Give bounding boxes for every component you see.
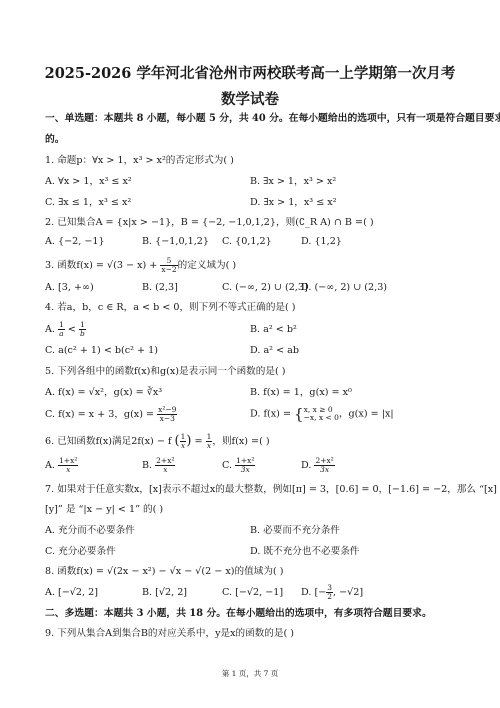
question-7-option-d: D. 既不充分也不必要条件	[250, 545, 359, 559]
question-2-option-a: A. {−2, −1}	[45, 235, 105, 249]
option-label: A.	[45, 324, 58, 335]
question-3-stem-prefix: 3. 函数f(x) = √(3 − x) +	[45, 260, 160, 271]
question-4-option-c: C. a(c² + 1) < b(c² + 1)	[45, 344, 158, 358]
question-1-option-c: C. ∃x ≤ 1，x³ ≤ x²	[45, 196, 131, 210]
question-8-stem: 8. 函数f(x) = √(2x − x²) − √x − √(2 − x)的值…	[45, 565, 283, 579]
page-subtitle: 数学试卷	[0, 91, 500, 109]
question-4-stem: 4. 若a，b，c ∈ R，a < b < 0，则下列不等式正确的是( )	[45, 301, 296, 315]
question-4-option-b: B. a² < b²	[250, 323, 297, 337]
fraction-denominator: 2	[326, 593, 333, 601]
option-label: C.	[222, 460, 235, 471]
question-3-stem-suffix: 的定义域为( )	[178, 260, 237, 271]
piecewise-cases: x, x ≥ 0−x, x < 0	[304, 406, 339, 422]
equals: =	[191, 436, 205, 447]
question-7-option-a: A. 充分而不必要条件	[45, 524, 135, 538]
fraction-denominator: x	[58, 466, 78, 474]
question-8-option-c: C. [−√2, −1]	[222, 586, 283, 600]
question-7-stem-cont: [y]” 是 “|x − y| < 1” 的( )	[45, 503, 163, 517]
question-3-option-c: C. (−∞, 2) ∪ (2,3]	[222, 281, 308, 295]
question-4-option-d: D. a² < ab	[250, 344, 299, 358]
question-5-option-a: A. f(x) = √x²，g(x) = ∛x³	[45, 386, 162, 400]
question-2-stem: 2. 已知集合A = {x|x > −1}，B = {−2, −1,0,1,2}…	[45, 216, 374, 230]
fraction-1-over-a: 1a	[58, 321, 65, 338]
option-c-fraction: x²−9x−3	[157, 406, 177, 423]
question-6-option-c: C. 1+x²3x	[222, 457, 255, 474]
question-6-option-b: B. 2+x²x	[142, 457, 175, 474]
question-4-option-a: A. 1a < 1b	[45, 321, 86, 338]
question-1-option-d: D. ∃x > 1，x³ ≤ x²	[250, 196, 337, 210]
option-d-text: D. f(x) =	[250, 409, 294, 420]
section1-heading-cont: 的。	[45, 133, 65, 147]
page-title: 2025-2026 学年河北省沧州市两校联考高一上学期第一次月考	[0, 65, 500, 83]
case-2: −x, x < 0	[304, 414, 339, 422]
question-1-option-a: A. ∀x > 1，x³ ≤ x²	[45, 175, 132, 189]
question-3-stem: 3. 函数f(x) = √(3 − x) + 5x−2的定义域为( )	[45, 257, 236, 274]
option-d-suffix: ，g(x) = |x|	[339, 409, 394, 420]
fraction-denominator: b	[79, 330, 86, 338]
question-8-option-a: A. [−√2, 2]	[45, 586, 98, 600]
option-fraction: 1+x²x	[58, 457, 78, 474]
option-fraction: 2+x²x	[155, 457, 175, 474]
question-8-option-d: D. [−32, −√2]	[301, 584, 363, 601]
page-footer: 第 1 页，共 7 页	[0, 668, 500, 679]
option-label: B.	[142, 460, 155, 471]
question-8-option-b: B. [√2, 2]	[142, 586, 187, 600]
fraction-denominator: 3x	[235, 466, 255, 474]
question-1-stem: 1. 命题p：∀x > 1，x³ > x²的否定形式为( )	[45, 154, 234, 168]
section1-heading: 一、单选题：本题共 8 小题，每小题 5 分，共 40 分。在每小题给出的选项中…	[45, 112, 500, 126]
question-5-option-c: C. f(x) = x + 3，g(x) = x²−9x−3	[45, 406, 177, 423]
stem-prefix: 6. 已知函数f(x)满足2f(x) − f	[45, 436, 175, 447]
question-5-option-b: B. f(x) = 1，g(x) = x⁰	[250, 386, 352, 400]
question-7-option-c: C. 充分必要条件	[45, 545, 116, 559]
question-1-option-b: B. ∃x > 1，x³ > x²	[250, 175, 336, 189]
fraction-denominator: x−3	[157, 415, 177, 423]
question-9-stem: 9. 下列从集合A到集合B的对应关系中，y是x的函数的是( )	[45, 627, 294, 641]
stem-suffix: ，则f(x) =( )	[212, 436, 269, 447]
question-5-option-d: D. f(x) = {x, x ≥ 0−x, x < 0，g(x) = |x|	[250, 406, 394, 422]
question-6-option-a: A. 1+x²x	[45, 457, 78, 474]
question-6-stem: 6. 已知函数f(x)满足2f(x) − f (1x) = 1x，则f(x) =…	[45, 433, 270, 450]
question-2-option-c: C. {0,1,2}	[222, 235, 272, 249]
section2-heading: 二、多选题：本题共 3 小题，共 18 分。在每小题给出的选项中，有多项符合题目…	[45, 607, 432, 621]
question-2-option-d: D. {1,2}	[301, 235, 342, 249]
option-label: D.	[301, 460, 314, 471]
fraction-denominator: x	[155, 466, 175, 474]
question-2-option-b: B. {−1,0,1,2}	[142, 235, 209, 249]
question-3-option-d: D. (−∞, 2) ∪ (2,3)	[301, 281, 387, 295]
fraction-denominator: 3x	[314, 466, 334, 474]
fraction-denominator: x−2	[160, 266, 177, 274]
option-fraction: 2+x²3x	[314, 457, 334, 474]
question-3-option-a: A. [3, +∞)	[45, 281, 94, 295]
question-7-option-b: B. 必要而不充分条件	[250, 524, 340, 538]
option-c-text: C. f(x) = x + 3，g(x) =	[45, 409, 157, 420]
fraction-denominator: a	[58, 330, 65, 338]
left-brace: {	[294, 405, 304, 423]
option-d-suffix: , −√2]	[333, 587, 363, 598]
question-6-option-d: D. 2+x²3x	[301, 457, 335, 474]
question-5-stem: 5. 下列各组中的函数f(x)和g(x)是表示同一个函数的是( )	[45, 365, 286, 379]
less-than: <	[65, 324, 79, 335]
question-3-option-b: B. (2,3]	[142, 281, 178, 295]
fraction-1-over-b: 1b	[79, 321, 86, 338]
option-d-prefix: D. [−	[301, 587, 326, 598]
option-fraction: 1+x²3x	[235, 457, 255, 474]
option-d-fraction: 32	[326, 584, 333, 601]
option-label: A.	[45, 460, 58, 471]
question-7-stem: 7. 如果对于任意实数x，[x]表示不超过x的最大整数，例如[π] = 3，[0…	[45, 483, 500, 497]
question-3-fraction: 5x−2	[160, 257, 177, 274]
